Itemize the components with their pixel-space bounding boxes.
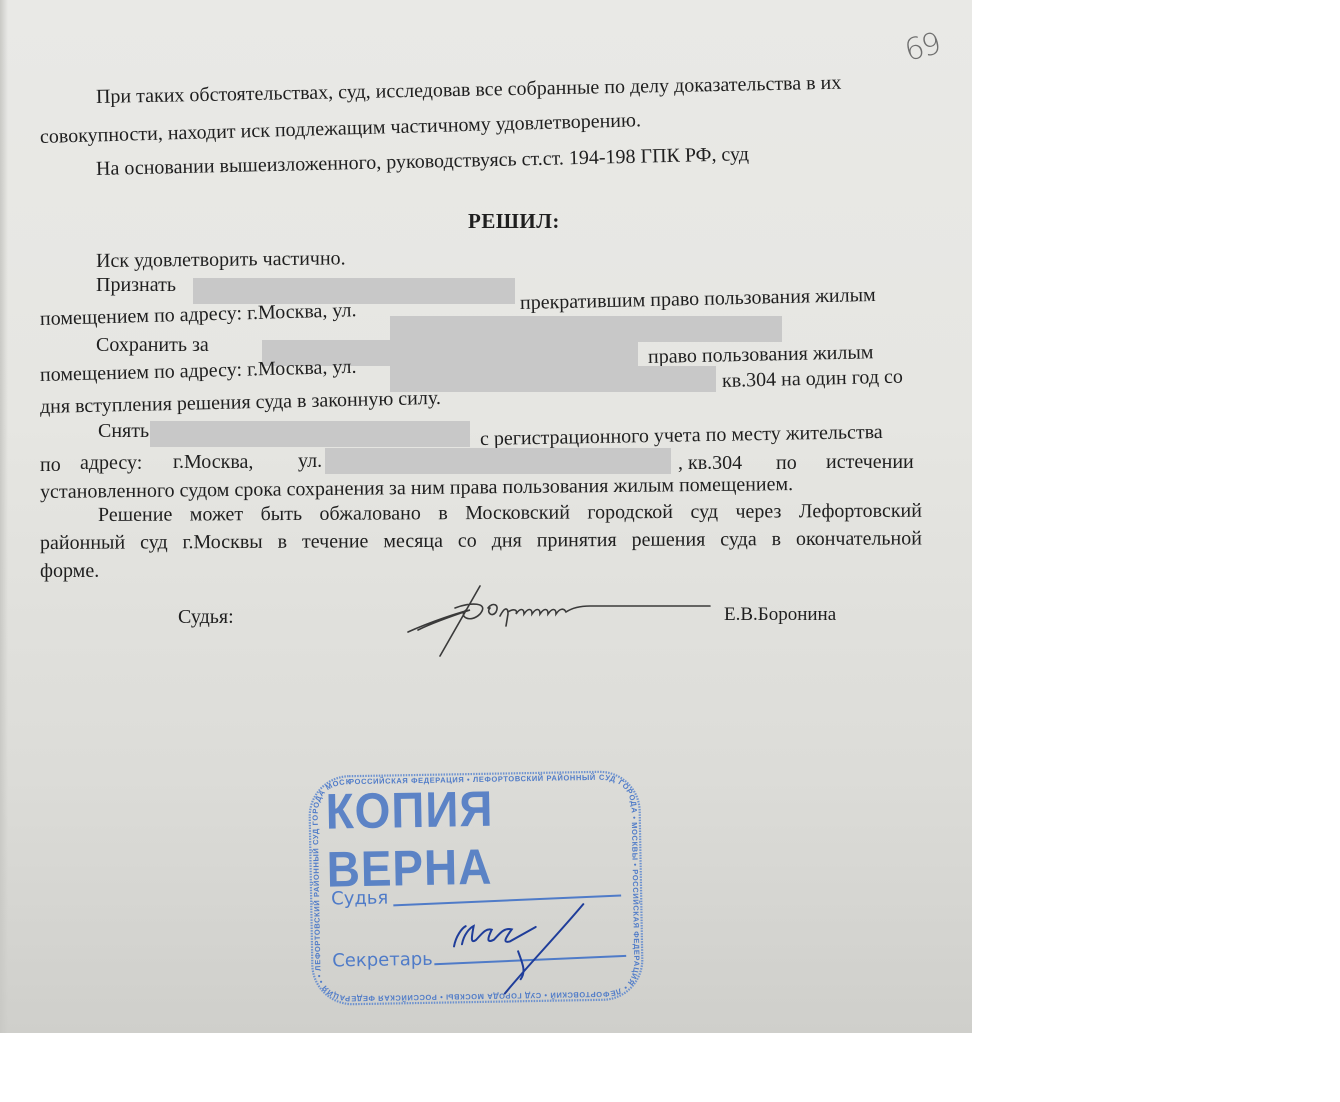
- paragraph-line: районныйсудг.Москвывтечениемесяцасодняпр…: [40, 525, 922, 556]
- word: городской: [587, 499, 673, 525]
- paragraph-line: ул.: [298, 448, 322, 474]
- paragraph-line: дня вступления решения суда в законную с…: [40, 385, 441, 420]
- paragraph-line: совокупности, находит иск подлежащим час…: [40, 107, 642, 150]
- redacted-address: [325, 448, 671, 474]
- paragraph-line: Признать: [96, 272, 176, 298]
- word: дня: [492, 527, 522, 553]
- word: быть: [261, 501, 303, 527]
- paragraph-line: по: [40, 452, 61, 478]
- paragraph-line: г.Москва,: [173, 449, 253, 475]
- word: решения: [632, 527, 706, 553]
- word: со: [458, 528, 477, 554]
- page-number: 69: [901, 26, 943, 68]
- paragraph-line: помещением по адресу: г.Москва, ул.: [40, 297, 357, 332]
- judge-signature: [400, 572, 730, 662]
- redacted-address: [390, 316, 782, 342]
- word: суда: [720, 526, 757, 552]
- certified-copy-stamp: РОССИЙСКАЯ ФЕДЕРАЦИЯ • ЛЕФОРТОВСКИЙ РАЙО…: [303, 765, 649, 1011]
- paragraph-line: Иск удовлетворить частично.: [96, 245, 346, 274]
- word: г.Москвы: [182, 529, 262, 555]
- word: районный: [40, 530, 125, 556]
- judge-label: Судья:: [178, 604, 234, 630]
- redacted-name: [150, 421, 470, 447]
- secretary-signature: [303, 765, 649, 1011]
- word: Лефортовский: [799, 498, 922, 525]
- word: обжаловано: [319, 500, 420, 527]
- decision-heading: РЕШИЛ:: [468, 208, 560, 234]
- paragraph-line: кв.304 на один год со: [722, 364, 904, 394]
- paragraph-line: адресу:: [80, 450, 142, 476]
- paragraph-line: РешениеможетбытьобжаловановМосковскийгор…: [98, 498, 922, 528]
- paragraph-line: При таких обстоятельствах, суд, исследов…: [96, 70, 842, 110]
- paragraph-line: форме.: [40, 558, 99, 584]
- word: в: [438, 500, 448, 526]
- document-photo: 69 При таких обстоятельствах, суд, иссле…: [0, 0, 972, 1033]
- word: в: [278, 529, 288, 555]
- paragraph-line: Снять: [98, 418, 149, 444]
- word: суд: [690, 499, 718, 525]
- word: суд: [140, 529, 168, 555]
- paragraph-line: прекратившим право пользования жилым: [520, 282, 876, 316]
- paragraph-line: помещением по адресу: г.Москва, ул.: [40, 354, 357, 388]
- judge-name: Е.В.Боронина: [724, 602, 836, 628]
- word: Московский: [465, 500, 570, 527]
- word: через: [735, 498, 781, 524]
- paragraph-line: истечении: [826, 449, 914, 475]
- paragraph-line: Сохранить за: [96, 332, 209, 358]
- word: месяца: [383, 528, 443, 554]
- word: течение: [302, 528, 368, 554]
- paragraph-line: На основании вышеизложенного, руководств…: [96, 141, 750, 182]
- word: окончательной: [796, 525, 922, 552]
- word: в: [772, 526, 782, 552]
- word: принятия: [537, 527, 617, 553]
- word: может: [190, 501, 243, 527]
- word: Решение: [98, 502, 172, 528]
